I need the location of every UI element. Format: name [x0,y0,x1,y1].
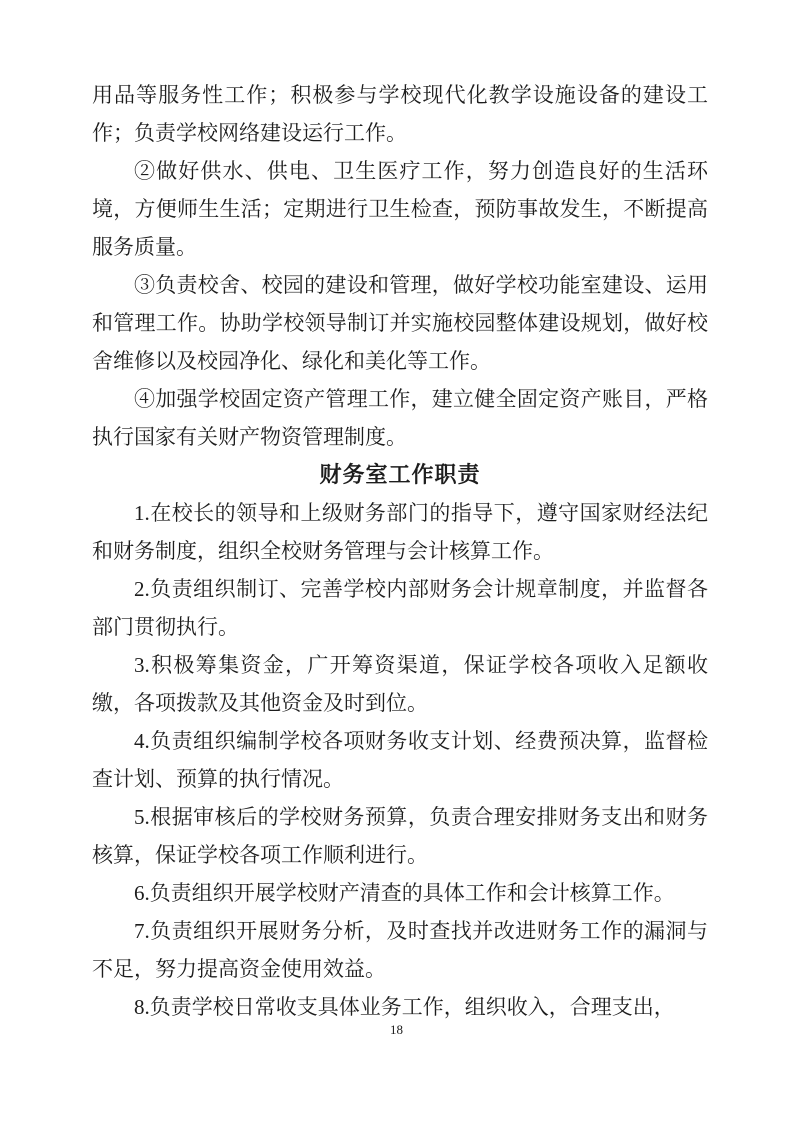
numbered-item-5: 5.根据审核后的学校财务预算，负责合理安排财务支出和财务核算，保证学校各项工作顺… [92,798,708,874]
numbered-item-3: 3.积极筹集资金，广开筹资渠道，保证学校各项收入足额收缴，各项拨款及其他资金及时… [92,646,708,722]
numbered-item-1: 1.在校长的领导和上级财务部门的指导下，遵守国家财经法纪和财务制度，组织全校财务… [92,494,708,570]
numbered-item-4: 4.负责组织编制学校各项财务收支计划、经费预决算，监督检查计划、预算的执行情况。 [92,722,708,798]
numbered-item-2: 2.负责组织制订、完善学校内部财务会计规章制度，并监督各部门贯彻执行。 [92,570,708,646]
paragraph-item-3: ③负责校舍、校园的建设和管理，做好学校功能室建设、运用和管理工作。协助学校领导制… [92,266,708,380]
section-heading: 财务室工作职责 [92,456,708,494]
document-body: 用品等服务性工作；积极参与学校现代化教学设施设备的建设工作；负责学校网络建设运行… [92,76,708,1026]
paragraph-item-2: ②做好供水、供电、卫生医疗工作，努力创造良好的生活环境，方便师生生活；定期进行卫… [92,152,708,266]
paragraph-item-4: ④加强学校固定资产管理工作，建立健全固定资产账目，严格执行国家有关财产物资管理制… [92,380,708,456]
numbered-item-8: 8.负责学校日常收支具体业务工作，组织收入，合理支出， [92,988,708,1026]
numbered-item-6: 6.负责组织开展学校财产清查的具体工作和会计核算工作。 [92,874,708,912]
numbered-item-7: 7.负责组织开展财务分析，及时查找并改进财务工作的漏洞与不足，努力提高资金使用效… [92,912,708,988]
document-page: 用品等服务性工作；积极参与学校现代化教学设施设备的建设工作；负责学校网络建设运行… [0,0,793,1122]
paragraph-continuation: 用品等服务性工作；积极参与学校现代化教学设施设备的建设工作；负责学校网络建设运行… [92,76,708,152]
page-number: 18 [0,1022,793,1038]
